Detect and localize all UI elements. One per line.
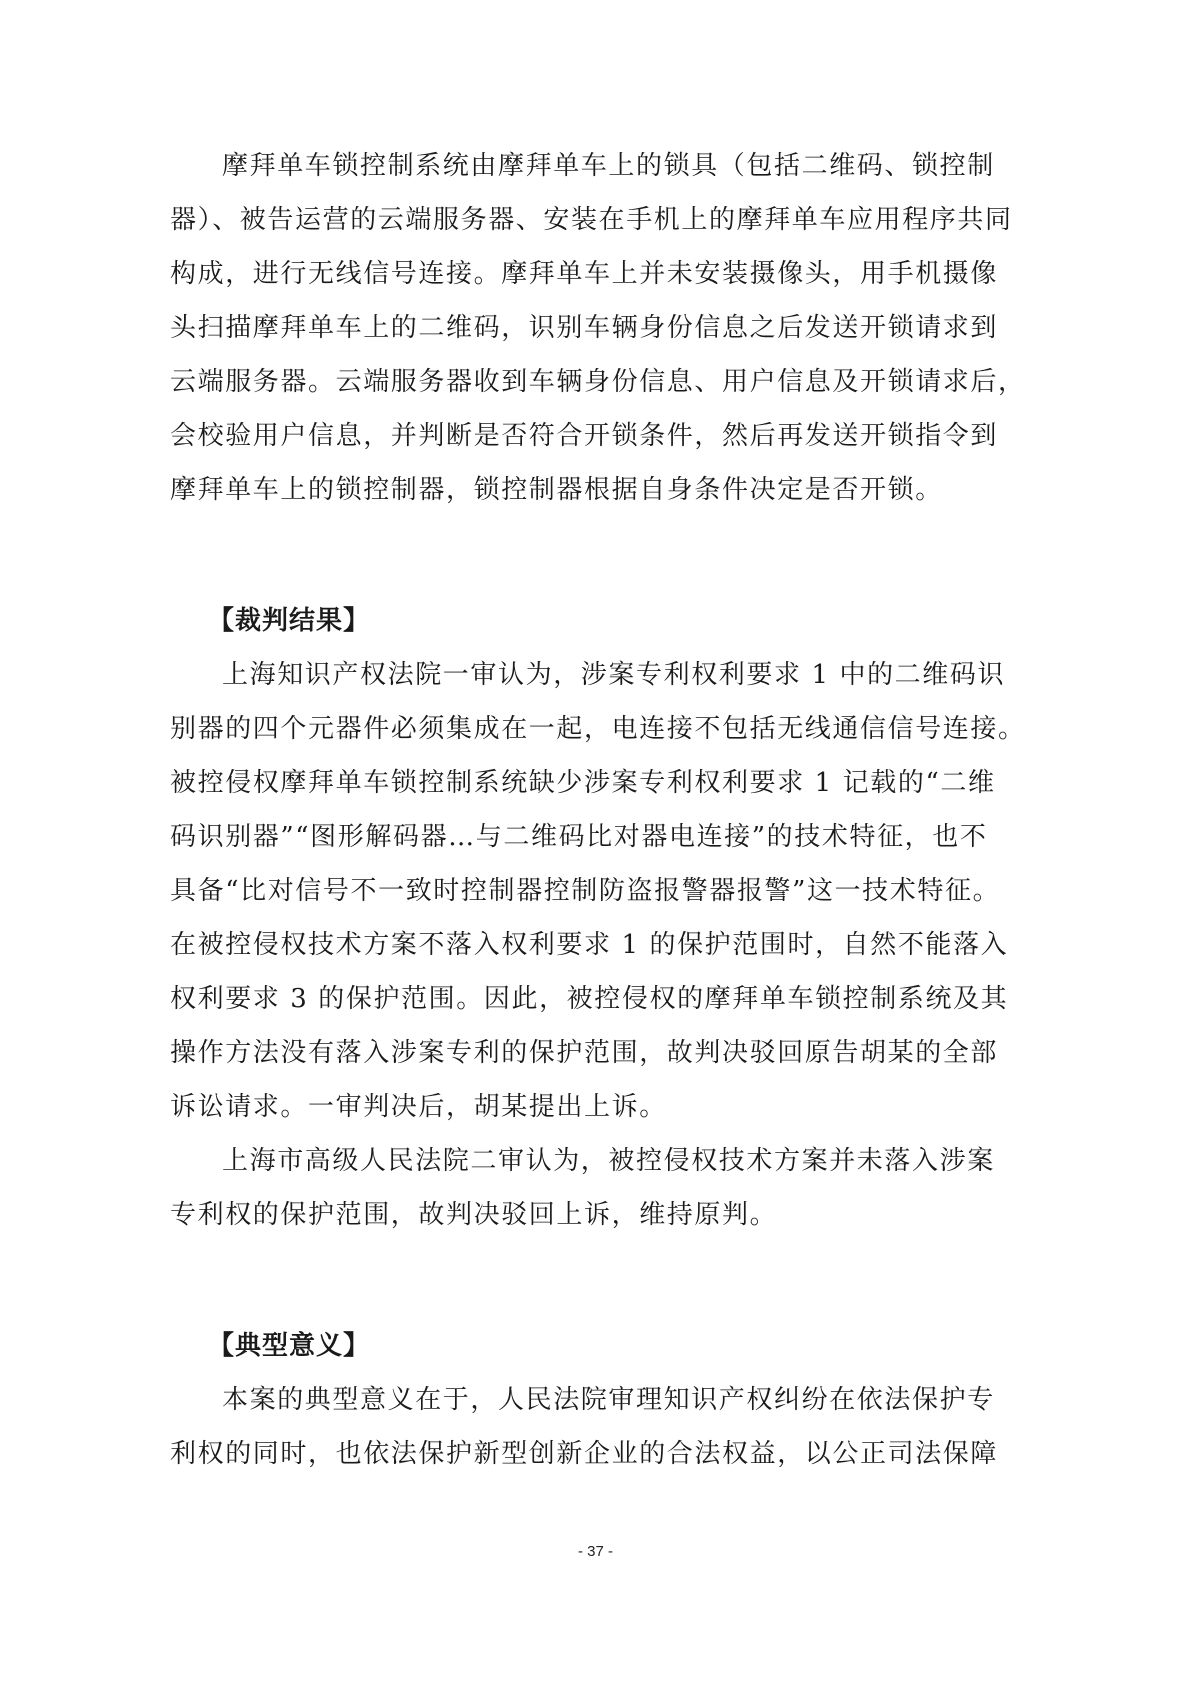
text-line: 构成，进行无线信号连接。摩拜单车上并未安装摄像头，用手机摄像 (170, 258, 960, 290)
text-line: 上海市高级人民法院二审认为，被控侵权技术方案并未落入涉案 (222, 1145, 960, 1177)
text-line: 摩拜单车上的锁控制器，锁控制器根据自身条件决定是否开锁。 (170, 474, 960, 506)
text-line: 利权的同时，也依法保护新型创新企业的合法权益，以公正司法保障 (170, 1438, 960, 1470)
text-line: 本案的典型意义在于，人民法院审理知识产权纠纷在依法保护专 (222, 1384, 960, 1416)
section-heading-typical-significance: 【典型意义】 (208, 1330, 370, 1362)
text-line: 在被控侵权技术方案不落入权利要求 1 的保护范围时，自然不能落入 (170, 929, 960, 961)
text-line: 上海知识产权法院一审认为，涉案专利权利要求 1 中的二维码识 (222, 659, 960, 691)
text-line: 别器的四个元器件必须集成在一起，电连接不包括无线通信信号连接。 (170, 713, 960, 745)
text-line: 操作方法没有落入涉案专利的保护范围，故判决驳回原告胡某的全部 (170, 1037, 960, 1069)
section-heading-judgment-result: 【裁判结果】 (208, 605, 370, 637)
text-line: 会校验用户信息，并判断是否符合开锁条件，然后再发送开锁指令到 (170, 420, 960, 452)
text-line: 被控侵权摩拜单车锁控制系统缺少涉案专利权利要求 1 记载的“二维 (170, 767, 960, 799)
text-line: 器）、被告运营的云端服务器、安装在手机上的摩拜单车应用程序共同 (170, 204, 960, 236)
text-line: 诉讼请求。一审判决后，胡某提出上诉。 (170, 1091, 960, 1123)
text-line: 云端服务器。云端服务器收到车辆身份信息、用户信息及开锁请求后， (170, 366, 960, 398)
text-line: 头扫描摩拜单车上的二维码，识别车辆身份信息之后发送开锁请求到 (170, 312, 960, 344)
text-line: 码识别器”“图形解码器…与二维码比对器电连接”的技术特征，也不 (170, 821, 960, 853)
page-number: - 37 - (0, 1543, 1191, 1560)
document-page: 摩拜单车锁控制系统由摩拜单车上的锁具（包括二维码、锁控制 器）、被告运营的云端服… (0, 0, 1191, 1684)
text-line: 摩拜单车锁控制系统由摩拜单车上的锁具（包括二维码、锁控制 (222, 150, 960, 182)
text-line: 具备“比对信号不一致时控制器控制防盗报警器报警”这一技术特征。 (170, 875, 960, 907)
text-line: 权利要求 3 的保护范围。因此，被控侵权的摩拜单车锁控制系统及其 (170, 983, 960, 1015)
text-line: 专利权的保护范围，故判决驳回上诉，维持原判。 (170, 1199, 960, 1231)
